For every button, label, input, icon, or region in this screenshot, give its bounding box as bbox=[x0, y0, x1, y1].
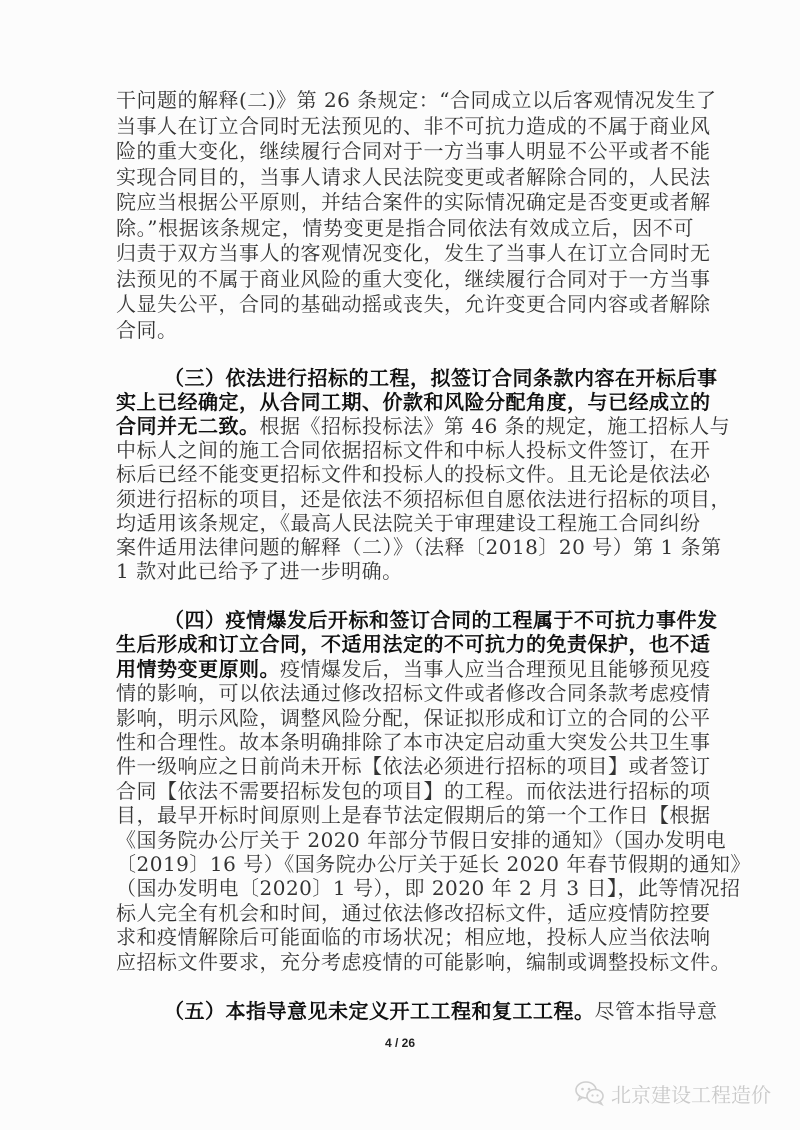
watermark-text: 北京建设工程造价 bbox=[611, 1079, 771, 1108]
text-line: 当事人在订立合同时无法预见的、非不可抗力造成的不属于商业风 bbox=[116, 114, 694, 138]
body-text: 《国务院办公厅关于 2020 年部分节假日安排的通知》（国办发明电 bbox=[116, 828, 726, 852]
body-text: 合同【依法不需要招标发包的项目】的工程。而依法进行招标的项 bbox=[116, 779, 711, 803]
text-line: 生后形成和订立合同，不适用法定的不可抗力的免责保护，也不适 bbox=[116, 632, 694, 656]
body-text: 〔2019〕16 号）《国务院办公厅关于延长 2020 年春节假期的通知》 bbox=[116, 852, 751, 876]
bold-text: 合同并无二致。 bbox=[116, 414, 260, 438]
body-text: 标人完全有机会和时间，通过依法修改招标文件，适应疫情防控要 bbox=[116, 901, 711, 925]
body-text: 院应当根据公平原则，并结合案件的实际情况确定是否变更或者解 bbox=[116, 190, 711, 214]
text-line: 合同。 bbox=[116, 318, 694, 342]
body-text: 人显失公平，合同的基础动摇或丧失，允许变更合同内容或者解除 bbox=[116, 292, 711, 316]
body-text: 均适用该条规定，《最高人民法院关于审理建设工程施工合同纠纷 bbox=[116, 511, 701, 535]
text-line: （四）疫情爆发后开标和签订合同的工程属于不可抗力事件发 bbox=[164, 608, 694, 632]
text-line: 合同【依法不需要招标发包的项目】的工程。而依法进行招标的项 bbox=[116, 779, 694, 803]
text-line: 《国务院办公厅关于 2020 年部分节假日安排的通知》（国办发明电 bbox=[116, 828, 694, 852]
bold-text: 用情势变更原则。 bbox=[116, 657, 280, 681]
body-text: 疫情爆发后，当事人应当合理预见且能够预见疫 bbox=[280, 657, 711, 681]
body-text: 中标人之间的施工合同依据招标文件和中标人投标文件签订，在开 bbox=[116, 438, 711, 462]
wechat-icon bbox=[575, 1080, 605, 1106]
body-text: 性和合理性。故本条明确排除了本市决定启动重大突发公共卫生事 bbox=[116, 730, 711, 754]
text-line: 干问题的解释(二)》第 26 条规定：“合同成立以后客观情况发生了 bbox=[116, 88, 694, 112]
body-text: 合同。 bbox=[116, 318, 178, 342]
page-number: 4 / 26 bbox=[0, 1036, 800, 1050]
text-line: 标后已经不能变更招标文件和投标人的投标文件。且无论是依法必 bbox=[116, 462, 694, 486]
text-line: 法预见的不属于商业风险的重大变化，继续履行合同对于一方当事 bbox=[116, 267, 694, 291]
body-text: 影响，明示风险，调整风险分配，保证拟形成和订立的合同的公平 bbox=[116, 706, 711, 730]
body-text: 尽管本指导意 bbox=[595, 999, 718, 1023]
body-text: 应招标文件要求，充分考虑疫情的可能影响，编制或调整投标文件。 bbox=[116, 950, 731, 974]
text-line: 求和疫情解除后可能面临的市场状况；相应地，投标人应当依法响 bbox=[116, 925, 694, 949]
text-line: 归责于双方当事人的客观情况变化，发生了当事人在订立合同时无 bbox=[116, 241, 694, 265]
bold-text: 生后形成和订立合同，不适用法定的不可抗力的免责保护，也不适 bbox=[116, 632, 711, 656]
text-line: 均适用该条规定，《最高人民法院关于审理建设工程施工合同纠纷 bbox=[116, 511, 694, 535]
body-text: 情的影响，可以依法通过修改招标文件或者修改合同条款考虑疫情 bbox=[116, 681, 711, 705]
bold-text: （四）疫情爆发后开标和签订合同的工程属于不可抗力事件发 bbox=[164, 608, 718, 632]
body-text: 归责于双方当事人的客观情况变化，发生了当事人在订立合同时无 bbox=[116, 241, 711, 265]
bold-text: （三）依法进行招标的工程，拟签订合同条款内容在开标后事 bbox=[164, 366, 718, 390]
text-line: 实上已经确定，从合同工期、价款和风险分配角度，与已经成立的 bbox=[116, 390, 694, 414]
body-text: 件一级响应之日前尚未开标【依法必须进行招标的项目】或者签订 bbox=[116, 754, 711, 778]
body-text: 1 款对此已给予了进一步明确。 bbox=[116, 559, 403, 583]
text-line: （三）依法进行招标的工程，拟签订合同条款内容在开标后事 bbox=[164, 366, 694, 390]
text-line: 情的影响，可以依法通过修改招标文件或者修改合同条款考虑疫情 bbox=[116, 681, 694, 705]
body-text: 当事人在订立合同时无法预见的、非不可抗力造成的不属于商业风 bbox=[116, 114, 711, 138]
text-line: 须进行招标的项目，还是依法不须招标但自愿依法进行招标的项目， bbox=[116, 487, 694, 511]
body-text: 干问题的解释(二)》第 26 条规定：“合同成立以后客观情况发生了 bbox=[116, 88, 717, 112]
text-line: 性和合理性。故本条明确排除了本市决定启动重大突发公共卫生事 bbox=[116, 730, 694, 754]
text-line: （五）本指导意见未定义开工工程和复工工程。尽管本指导意 bbox=[164, 999, 694, 1023]
text-line: 院应当根据公平原则，并结合案件的实际情况确定是否变更或者解 bbox=[116, 190, 694, 214]
document-page: 干问题的解释(二)》第 26 条规定：“合同成立以后客观情况发生了当事人在订立合… bbox=[0, 0, 800, 1130]
bold-text: 实上已经确定，从合同工期、价款和风险分配角度，与已经成立的 bbox=[116, 390, 711, 414]
body-text: 案件适用法律问题的解释（二）》（法释〔2018〕20 号）第 1 条第 bbox=[116, 535, 722, 559]
body-text: 除。”根据该条规定，情势变更是指合同依法有效成立后，因不可 bbox=[116, 216, 694, 240]
text-line: 1 款对此已给予了进一步明确。 bbox=[116, 559, 694, 583]
body-text: 根据《招标投标法》第 46 条的规定，施工招标人与 bbox=[260, 414, 731, 438]
text-line: 件一级响应之日前尚未开标【依法必须进行招标的项目】或者签订 bbox=[116, 754, 694, 778]
watermark: 北京建设工程造价 bbox=[575, 1078, 771, 1108]
text-line: 应招标文件要求，充分考虑疫情的可能影响，编制或调整投标文件。 bbox=[116, 950, 694, 974]
body-text: 险的重大变化，继续履行合同对于一方当事人明显不公平或者不能 bbox=[116, 139, 711, 163]
bold-text: （五）本指导意见未定义开工工程和复工工程。 bbox=[164, 999, 595, 1023]
text-line: 险的重大变化，继续履行合同对于一方当事人明显不公平或者不能 bbox=[116, 139, 694, 163]
body-text: 须进行招标的项目，还是依法不须招标但自愿依法进行招标的项目， bbox=[116, 487, 731, 511]
text-line: 标人完全有机会和时间，通过依法修改招标文件，适应疫情防控要 bbox=[116, 901, 694, 925]
text-line: 影响，明示风险，调整风险分配，保证拟形成和订立的合同的公平 bbox=[116, 706, 694, 730]
body-text: 法预见的不属于商业风险的重大变化，继续履行合同对于一方当事 bbox=[116, 267, 711, 291]
text-line: 合同并无二致。根据《招标投标法》第 46 条的规定，施工招标人与 bbox=[116, 414, 694, 438]
text-line: （国办发明电〔2020〕1 号），即 2020 年 2 月 3 日】，此等情况招 bbox=[116, 876, 694, 900]
body-text: 目，最早开标时间原则上是春节法定假期后的第一个工作日【根据 bbox=[116, 803, 711, 827]
text-line: 〔2019〕16 号）《国务院办公厅关于延长 2020 年春节假期的通知》 bbox=[116, 852, 694, 876]
text-line: 目，最早开标时间原则上是春节法定假期后的第一个工作日【根据 bbox=[116, 803, 694, 827]
text-line: 人显失公平，合同的基础动摇或丧失，允许变更合同内容或者解除 bbox=[116, 292, 694, 316]
text-line: 除。”根据该条规定，情势变更是指合同依法有效成立后，因不可 bbox=[116, 216, 694, 240]
text-line: 中标人之间的施工合同依据招标文件和中标人投标文件签订，在开 bbox=[116, 438, 694, 462]
body-text: （国办发明电〔2020〕1 号），即 2020 年 2 月 3 日】，此等情况招 bbox=[116, 876, 740, 900]
body-text: 求和疫情解除后可能面临的市场状况；相应地，投标人应当依法响 bbox=[116, 925, 711, 949]
body-text: 实现合同目的，当事人请求人民法院变更或者解除合同的，人民法 bbox=[116, 165, 711, 189]
text-line: 实现合同目的，当事人请求人民法院变更或者解除合同的，人民法 bbox=[116, 165, 694, 189]
text-line: 案件适用法律问题的解释（二）》（法释〔2018〕20 号）第 1 条第 bbox=[116, 535, 694, 559]
body-text: 标后已经不能变更招标文件和投标人的投标文件。且无论是依法必 bbox=[116, 462, 711, 486]
text-line: 用情势变更原则。疫情爆发后，当事人应当合理预见且能够预见疫 bbox=[116, 657, 694, 681]
